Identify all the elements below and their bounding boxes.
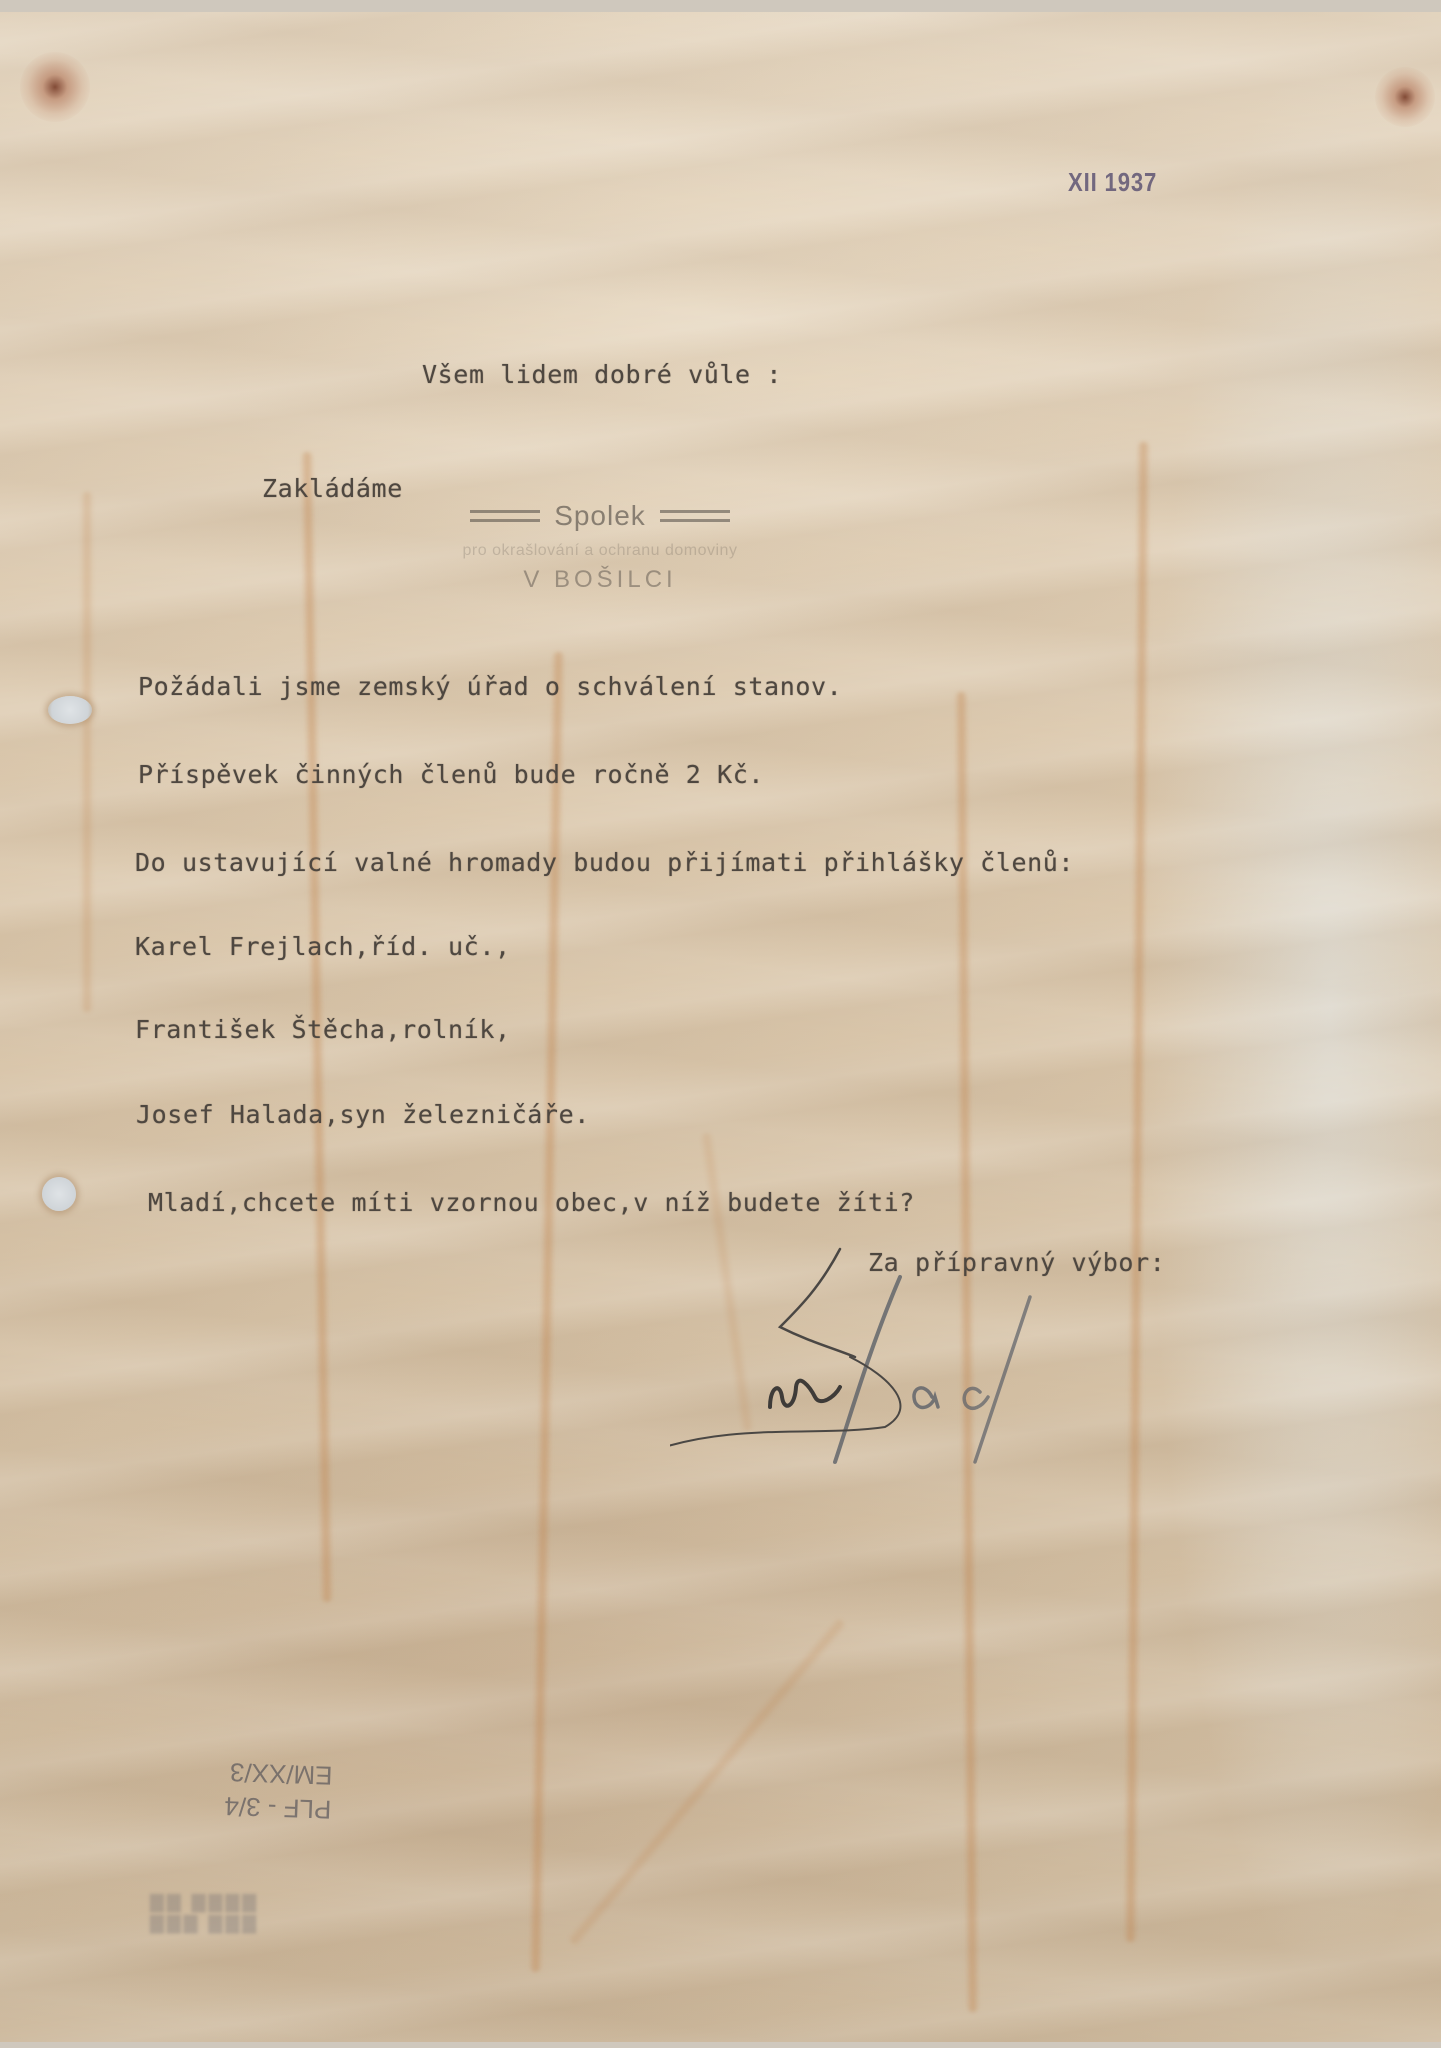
archive-pencil-annotation: PLF - 3/4 EM/XX/3 bbox=[224, 1755, 333, 1827]
member-name: František Štěcha,rolník, bbox=[135, 1015, 511, 1044]
paragraph-statutes: Požádali jsme zemský úřad o schválení st… bbox=[138, 672, 842, 701]
intro-word: Zakládáme bbox=[262, 474, 403, 503]
pencil-annotation-line: PLF - 3/4 bbox=[224, 1789, 332, 1827]
corner-rust-stain bbox=[1375, 67, 1435, 127]
stain-streak bbox=[567, 1617, 848, 1948]
member-name: Josef Halada,syn železničáře. bbox=[136, 1100, 590, 1129]
punch-hole bbox=[48, 696, 92, 724]
stain-streak bbox=[1123, 442, 1150, 1942]
stain-streak bbox=[80, 492, 94, 1012]
paragraph-fee: Příspěvek činných členů bude ročně 2 Kč. bbox=[138, 760, 764, 789]
stamp-double-rule bbox=[660, 510, 730, 522]
date-received-stamp: XII 1937 bbox=[1068, 167, 1157, 198]
association-stamp: Spolek pro okrašlování a ochranu domovin… bbox=[400, 500, 800, 594]
faded-archive-stamp: ▇▇ ▇▇▇▇▇▇▇ ▇▇▇ bbox=[150, 1892, 430, 1962]
association-stamp-title: Spolek bbox=[554, 500, 646, 532]
punch-hole bbox=[42, 1177, 76, 1211]
handwritten-signature bbox=[670, 1247, 1190, 1467]
association-stamp-subtitle: pro okrašlování a ochranu domoviny bbox=[400, 542, 800, 560]
document-heading: Všem lidem dobré vůle : bbox=[422, 360, 782, 389]
association-stamp-place: V BOŠILCI bbox=[400, 566, 800, 594]
association-stamp-title-row: Spolek bbox=[400, 500, 800, 532]
member-name: Karel Frejlach,říd. uč., bbox=[135, 932, 511, 961]
pencil-annotation-line: EM/XX/3 bbox=[225, 1755, 333, 1793]
paragraph-applications: Do ustavující valné hromady budou přijím… bbox=[135, 848, 1074, 877]
corner-rust-stain bbox=[20, 52, 90, 122]
stamp-double-rule bbox=[470, 510, 540, 522]
closing-question: Mladí,chcete míti vzornou obec,v níž bud… bbox=[148, 1188, 915, 1217]
document-paper: XII 1937 Všem lidem dobré vůle : Zakládá… bbox=[0, 12, 1441, 2042]
